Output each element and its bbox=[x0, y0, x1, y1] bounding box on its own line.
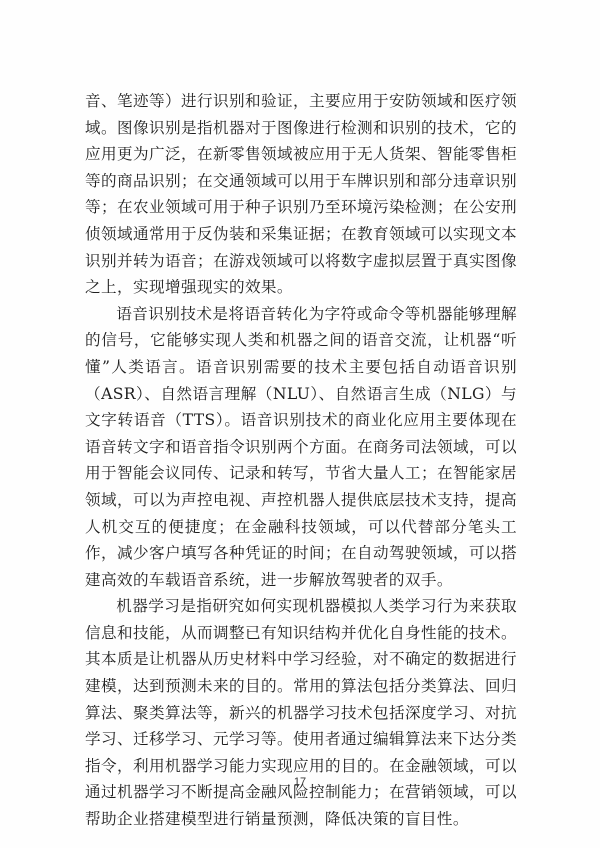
body-text: 音、笔迹等）进行识别和验证，主要应用于安防领域和医疗领域。图像识别是指机器对于图… bbox=[85, 88, 517, 833]
paragraph-speech-recognition: 语音识别技术是将语音转化为字符或命令等机器能够理解的信号，它能够实现人类和机器之… bbox=[85, 301, 517, 594]
page-number: 17 bbox=[0, 776, 600, 788]
paragraph-machine-learning: 机器学习是指研究如何实现机器模拟人类学习行为来获取信息和技能，从而调整已有知识结… bbox=[85, 593, 517, 832]
document-page: 音、笔迹等）进行识别和验证，主要应用于安防领域和医疗领域。图像识别是指机器对于图… bbox=[0, 0, 600, 848]
paragraph-image-recognition-continued: 音、笔迹等）进行识别和验证，主要应用于安防领域和医疗领域。图像识别是指机器对于图… bbox=[85, 88, 517, 301]
